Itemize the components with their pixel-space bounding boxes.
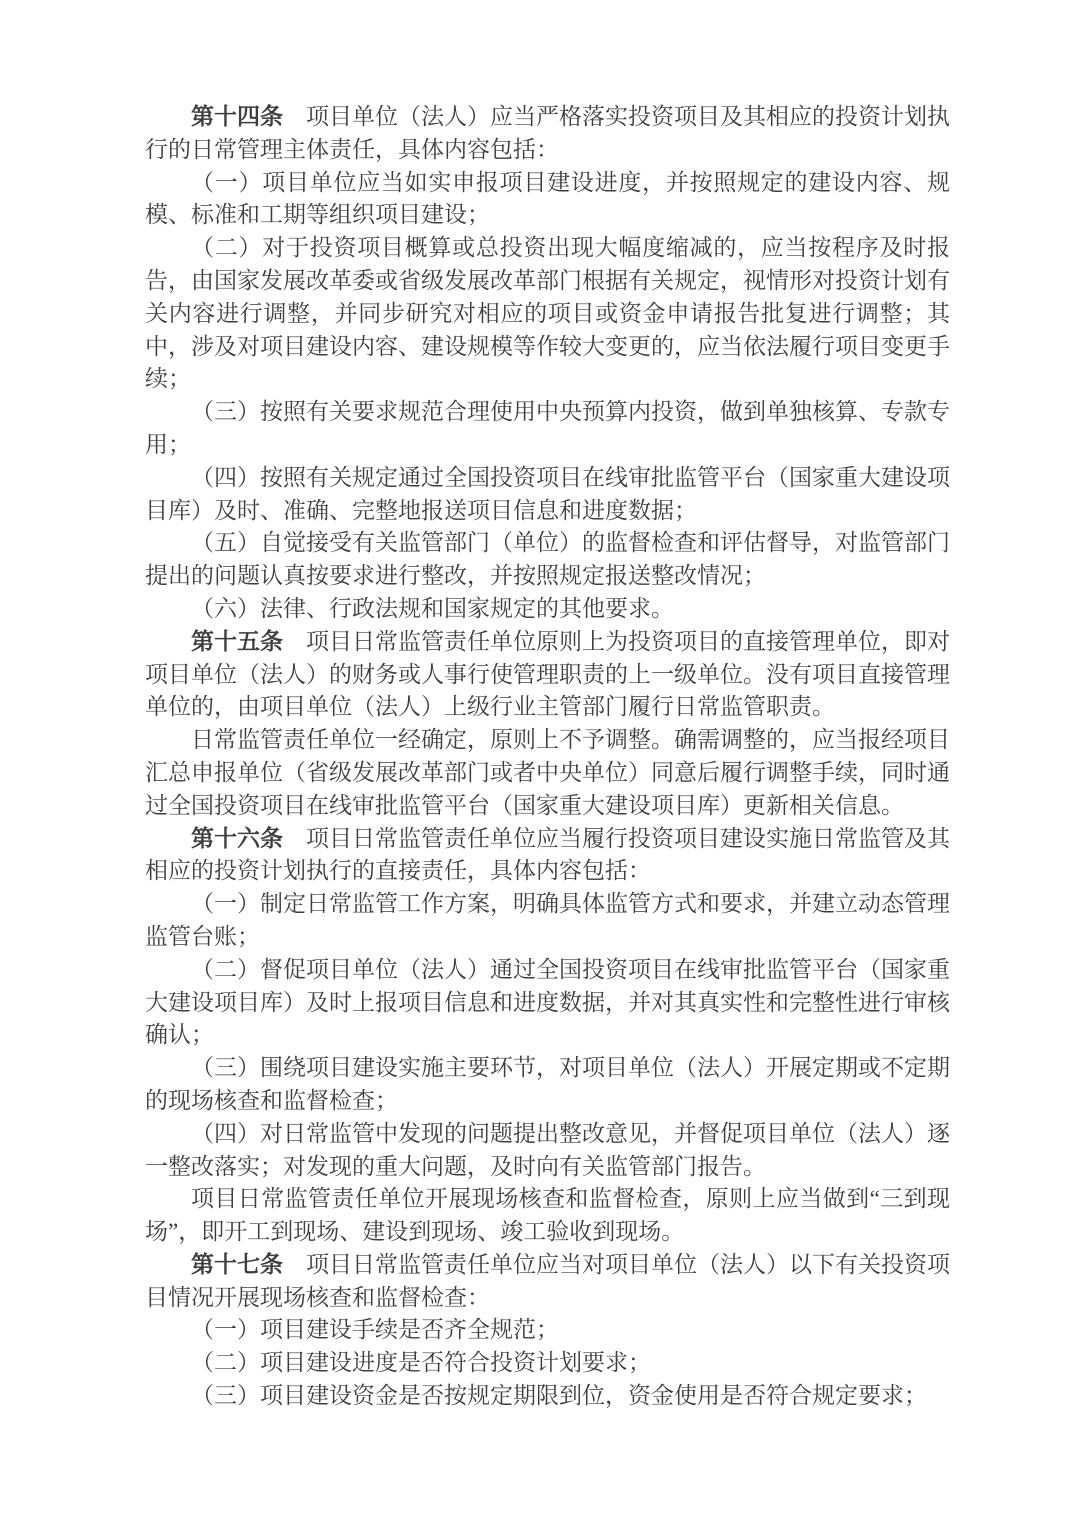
article-paragraph: 第十四条 项目单位（法人）应当严格落实投资项目及其相应的投资计划执行的日常管理主… <box>145 101 950 167</box>
paragraph: （四）对日常监管中发现的问题提出整改意见，并督促项目单位（法人）逐一整改落实；对… <box>145 1118 950 1184</box>
article-number: 第十五条 <box>191 629 306 654</box>
article-paragraph: 第十五条 项目日常监管责任单位原则上为投资项目的直接管理单位，即对项目单位（法人… <box>145 626 950 724</box>
document-page: 第十四条 项目单位（法人）应当严格落实投资项目及其相应的投资计划执行的日常管理主… <box>0 0 1074 1520</box>
paragraph: （二）督促项目单位（法人）通过全国投资项目在线审批监管平台（国家重大建设项目库）… <box>145 954 950 1052</box>
article-paragraph: 第十六条 项目日常监管责任单位应当履行投资项目建设实施日常监管及其相应的投资计划… <box>145 823 950 889</box>
document-body: 第十四条 项目单位（法人）应当严格落实投资项目及其相应的投资计划执行的日常管理主… <box>145 101 950 1413</box>
paragraph: （二）对于投资项目概算或总投资出现大幅度缩减的，应当按程序及时报告，由国家发展改… <box>145 232 950 396</box>
paragraph: （一）项目建设手续是否齐全规范； <box>145 1314 950 1347</box>
paragraph: （一）制定日常监管工作方案，明确具体监管方式和要求，并建立动态管理监管台账； <box>145 888 950 954</box>
article-paragraph: 第十七条 项目日常监管责任单位应当对项目单位（法人）以下有关投资项目情况开展现场… <box>145 1249 950 1315</box>
article-number: 第十四条 <box>191 104 306 129</box>
article-number: 第十七条 <box>191 1252 306 1277</box>
paragraph: （三）项目建设资金是否按规定期限到位，资金使用是否符合规定要求； <box>145 1380 950 1413</box>
paragraph: （一）项目单位应当如实申报项目建设进度，并按照规定的建设内容、规模、标准和工期等… <box>145 167 950 233</box>
paragraph: （四）按照有关规定通过全国投资项目在线审批监管平台（国家重大建设项目库）及时、准… <box>145 462 950 528</box>
paragraph: （二）项目建设进度是否符合投资计划要求； <box>145 1347 950 1380</box>
article-number: 第十六条 <box>191 826 306 851</box>
paragraph: （六）法律、行政法规和国家规定的其他要求。 <box>145 593 950 626</box>
paragraph: 日常监管责任单位一经确定，原则上不予调整。确需调整的，应当报经项目汇总申报单位（… <box>145 724 950 822</box>
paragraph: 项目日常监管责任单位开展现场核查和监督检查，原则上应当做到“三到现场”，即开工到… <box>145 1183 950 1249</box>
paragraph: （三）围绕项目建设实施主要环节，对项目单位（法人）开展定期或不定期的现场核查和监… <box>145 1052 950 1118</box>
paragraph: （五）自觉接受有关监管部门（单位）的监督检查和评估督导，对监管部门提出的问题认真… <box>145 527 950 593</box>
paragraph: （三）按照有关要求规范合理使用中央预算内投资，做到单独核算、专款专用； <box>145 396 950 462</box>
